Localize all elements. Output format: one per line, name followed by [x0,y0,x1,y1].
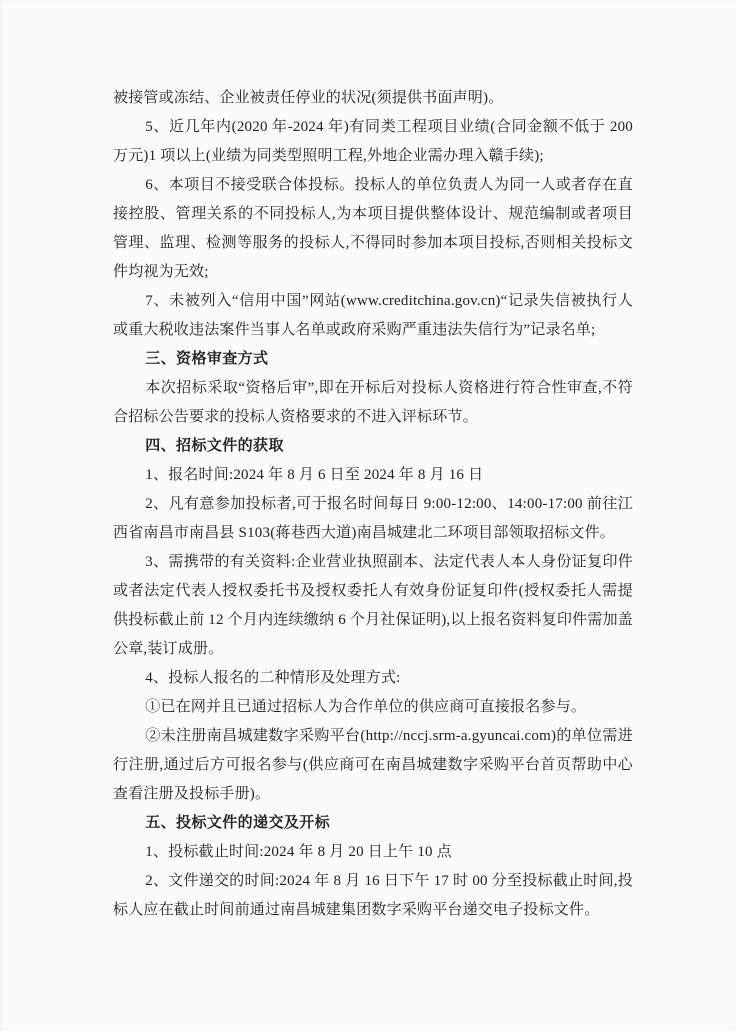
paragraph-registration-cases: 4、投标人报名的二种情形及处理方式: [113,664,633,693]
document-content: 被接管或冻结、企业被责任停业的状况(须提供书面声明)。 5、近几年内(2020 … [113,84,633,925]
paragraph-submission-time: 2、文件递交的时间:2024 年 8 月 16 日下午 17 时 00 分至投标… [113,867,633,925]
paragraph-registration-time: 1、报名时间:2024 年 8 月 6 日至 2024 年 8 月 16 日 [113,461,633,490]
paragraph-case-1: ①已在网并且已通过招标人为合作单位的供应商可直接报名参与。 [113,693,633,722]
section-heading-qualification-review: 三、资格审查方式 [113,345,633,374]
paragraph-item-7: 7、未被列入“信用中国”网站(www.creditchina.gov.cn)“记… [113,287,633,345]
paragraph-registration-location: 2、凡有意参加投标者,可于报名时间每日 9:00-12:00、14:00-17:… [113,490,633,548]
paragraph-required-materials: 3、需携带的有关资料:企业营业执照副本、法定代表人本人身份证复印件或者法定代表人… [113,548,633,664]
paragraph-item-5: 5、近几年内(2020 年-2024 年)有同类工程项目业绩(合同金额不低于 2… [113,113,633,171]
paragraph-qualification-review: 本次招标采取“资格后审”,即在开标后对投标人资格进行符合性审查,不符合招标公告要… [113,374,633,432]
paragraph-item-6: 6、本项目不接受联合体投标。投标人的单位负责人为同一人或者存在直接控股、管理关系… [113,171,633,287]
document-page: 被接管或冻结、企业被责任停业的状况(须提供书面声明)。 5、近几年内(2020 … [0,0,736,1031]
section-heading-submission-opening: 五、投标文件的递交及开标 [113,809,633,838]
section-heading-document-acquisition: 四、招标文件的获取 [113,432,633,461]
paragraph-continuation: 被接管或冻结、企业被责任停业的状况(须提供书面声明)。 [113,84,633,113]
paragraph-case-2: ②未注册南昌城建数字采购平台(http://nccj.srm-a.gyuncai… [113,722,633,809]
paragraph-bid-deadline: 1、投标截止时间:2024 年 8 月 20 日上午 10 点 [113,838,633,867]
